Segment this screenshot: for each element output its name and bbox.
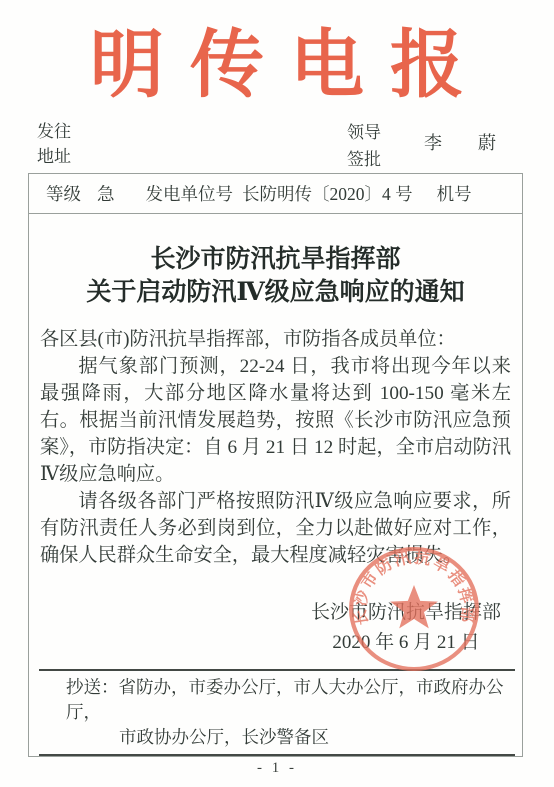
telegram-document-page: 明传电报 发往 地址 领导 签批 李 蔚 等级 急 发电单位号 长防明传〔202…: [0, 0, 554, 787]
cc-recipients-line1: 省防办，市委办公厅，市人大办公厅，市政府办公厅，: [66, 677, 504, 722]
cc-label: 抄送：: [66, 677, 119, 697]
notice-title-line1: 长沙市防汛抗旱指挥部: [29, 243, 522, 276]
body-paragraph-1: 据气象部门预测，22-24 日，我市将出现今年以来最强降雨，大部分地区降水量将达…: [40, 353, 511, 488]
salutation-line: 各区县(市)防汛抗旱指挥部，市防指各成员单位：: [40, 326, 511, 353]
grade-value: 急: [97, 181, 115, 206]
send-to-address-label: 发往 地址: [37, 119, 71, 169]
grade-label: 等级: [46, 181, 81, 206]
signature-organization: 长沙市防汛抗旱指挥部: [311, 598, 501, 628]
approver-name: 李 蔚: [424, 129, 505, 155]
body-paragraph-2: 请各级各部门严格按照防汛Ⅳ级应急响应要求，所有防汛责任人务必到岗到位，全力以赴做…: [40, 488, 511, 569]
send-to-label-line2: 地址: [37, 144, 71, 169]
notice-body: 各区县(市)防汛抗旱指挥部，市防指各成员单位： 据气象部门预测，22-24 日，…: [40, 326, 511, 569]
leader-approval-label-line2: 签批: [347, 146, 381, 173]
page-number: - 1 -: [0, 760, 554, 777]
unit-number-value: 长防明传〔2020〕4 号: [242, 181, 413, 206]
signature-block: 长沙市防汛抗旱指挥部 2020 年 6 月 21 日: [311, 598, 501, 658]
leader-approval-label-line1: 领导: [347, 119, 381, 146]
telegram-meta-row: 等级 急 发电单位号 长防明传〔2020〕4 号 机号: [29, 174, 522, 214]
unit-number-label: 发电单位号: [146, 181, 234, 206]
send-to-label-line1: 发往: [37, 119, 71, 144]
machine-number-label: 机号: [437, 181, 472, 206]
cc-section: 抄送：省防办，市委办公厅，市人大办公厅，市政府办公厅， 市政协办公厅，长沙警备区: [39, 669, 515, 756]
cc-line-1: 抄送：省防办，市委办公厅，市人大办公厅，市政府办公厅，: [66, 675, 515, 725]
signature-date: 2020 年 6 月 21 日: [311, 628, 501, 658]
leader-approval-label: 领导 签批: [347, 119, 381, 173]
notice-title-line2: 关于启动防汛Ⅳ级应急响应的通知: [29, 276, 522, 309]
masthead-title: 明传电报: [0, 6, 554, 112]
notice-title: 长沙市防汛抗旱指挥部 关于启动防汛Ⅳ级应急响应的通知: [29, 243, 522, 309]
document-body-box: 等级 急 发电单位号 长防明传〔2020〕4 号 机号 长沙市防汛抗旱指挥部 关…: [28, 173, 523, 757]
cc-recipients-line2: 市政协办公厅，长沙警备区: [119, 725, 515, 750]
